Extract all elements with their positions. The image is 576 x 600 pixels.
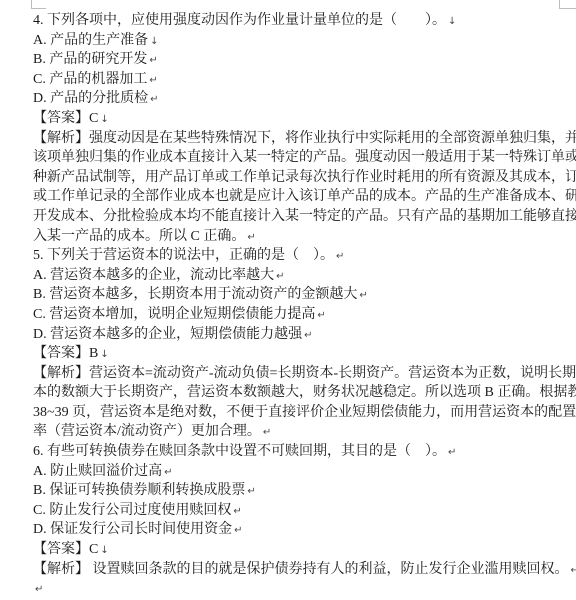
line-text: 该项单独归集的作业成本直接计入某一特定的产品。强度动因一般适用于某一特殊订单或某 (33, 150, 576, 165)
question-4-stem: 4. 下列各项中，应使用强度动因作为作业量计量单位的是（ ）。↓ (33, 11, 576, 31)
line-text: B. 产品的研究开发 (33, 52, 147, 67)
question-5-option-d: D. 营运资本越多的企业，短期偿债能力越强↵ (33, 325, 576, 345)
line-text: 种新产品试制等，用产品订单或工作单记录每次执行作业时耗用的所有资源及其成本，订单 (33, 170, 576, 185)
document-body: 4. 下列各项中，应使用强度动因作为作业量计量单位的是（ ）。↓ A. 产品的生… (33, 11, 576, 599)
paragraph-mark-icon: ↵ (234, 525, 242, 536)
question-6-option-d: D. 保证发行公司长时间使用资金↵ (33, 520, 576, 540)
paragraph-mark-icon: ↵ (35, 584, 43, 595)
line-text: 5. 下列关于营运资本的说法中，正确的是（ ）。 (33, 248, 334, 263)
line-text: D. 产品的分批质检 (33, 91, 148, 106)
paragraph-mark-icon: ↓ (448, 16, 456, 27)
line-text: 本的数额大于长期资产，营运资本数额越大，财务状况越稳定。所以选项 B 正确。根据… (33, 385, 576, 400)
question-5-option-a: A. 营运资本越多的企业，流动比率越大↵ (33, 266, 576, 286)
question-6-option-b: B. 保证可转换债券顺利转换成股票↵ (33, 481, 576, 501)
question-5-option-c: C. 营运资本增加，说明企业短期偿债能力提高↵ (33, 305, 576, 325)
paragraph-mark-icon: ↵ (247, 486, 255, 497)
question-4-answer: 【答案】C↓ (33, 109, 576, 129)
line-text: C. 营运资本增加，说明企业短期偿债能力提高 (33, 307, 315, 322)
line-text: D. 保证发行公司长时间使用资金 (33, 522, 232, 537)
line-text: 【答案】B (33, 346, 98, 361)
line-text: C. 产品的机器加工 (33, 72, 147, 87)
question-5-option-b: B. 营运资本越多，长期资本用于流动资产的金额越大↵ (33, 285, 576, 305)
line-text: A. 营运资本越多的企业，流动比率越大 (33, 268, 274, 283)
line-text: D. 营运资本越多的企业，短期偿债能力越强 (33, 327, 302, 342)
paragraph-mark-icon: ↵ (317, 310, 325, 321)
paragraph-mark-icon: ↵ (150, 94, 158, 105)
line-text: 【解析】 设置赎回条款的目的就是保护债券持有人的利益，防止发行企业滥用赎回权。 (33, 562, 569, 577)
paragraph-mark-icon: ↵ (263, 427, 271, 438)
line-text: 率（营运资本/流动资产）更加合理。 (33, 424, 261, 439)
line-text: 【答案】C (33, 111, 98, 126)
line-text: 【答案】C (33, 542, 98, 557)
paragraph-mark-icon: ↓ (100, 114, 108, 125)
paragraph-mark-icon: ↓ (100, 545, 108, 556)
paragraph-mark-icon: ↵ (304, 330, 312, 341)
question-4-option-a: A. 产品的生产准备↓ (33, 31, 576, 51)
text-boundary-corner-mark-top-right (559, 0, 576, 9)
question-4-option-b: B. 产品的研究开发↵ (33, 50, 576, 70)
line-text: 入某一产品的成本。所以 C 正确。 (33, 229, 245, 244)
question-4-analysis-line-3: 种新产品试制等，用产品订单或工作单记录每次执行作业时耗用的所有资源及其成本，订单 (33, 168, 576, 188)
line-text: B. 营运资本越多，长期资本用于流动资产的金额越大 (33, 287, 357, 302)
question-4-analysis-line-4: 或工作单记录的全部作业成本也就是应计入该订单产品的成本。产品的生产准备成本、研究 (33, 187, 576, 207)
paragraph-mark-icon: ↵ (233, 506, 241, 517)
paragraph-mark-icon: ↵ (164, 467, 172, 478)
question-6-option-a: A. 防止赎回溢价过高↵ (33, 462, 576, 482)
line-text: 6. 有些可转换债券在赎回条款中设置不可赎回期，其目的是（ ）。 (33, 444, 446, 459)
line-text: 38~39 页，营运资本是绝对数，不便于直接评价企业短期偿债能力，而用营运资本的… (33, 405, 576, 420)
line-text: 【解析】强度动因是在某些特殊情况下，将作业执行中实际耗用的全部资源单独归集，并将 (33, 131, 576, 146)
paragraph-mark-icon: ↵ (336, 251, 344, 262)
question-4-option-c: C. 产品的机器加工↵ (33, 70, 576, 90)
paragraph-mark-icon: ↓ (100, 349, 108, 360)
line-text: 或工作单记录的全部作业成本也就是应计入该订单产品的成本。产品的生产准备成本、研究 (33, 189, 576, 204)
paragraph-mark-icon: ↵ (276, 271, 284, 282)
question-4-analysis-line-1: 【解析】强度动因是在某些特殊情况下，将作业执行中实际耗用的全部资源单独归集，并将 (33, 129, 576, 149)
question-4-analysis-line-5: 开发成本、分批检验成本均不能直接计入某一特定的产品。只有产品的基期加工能够直接归 (33, 207, 576, 227)
question-5-analysis-line-2: 本的数额大于长期资产，营运资本数额越大，财务状况越稳定。所以选项 B 正确。根据… (33, 383, 576, 403)
paragraph-mark-icon: ↵ (149, 55, 157, 66)
line-text: 4. 下列各项中，应使用强度动因作为作业量计量单位的是（ ）。 (33, 13, 446, 28)
question-5-stem: 5. 下列关于营运资本的说法中，正确的是（ ）。↵ (33, 246, 576, 266)
line-text: B. 保证可转换债券顺利转换成股票 (33, 483, 245, 498)
question-4-option-d: D. 产品的分批质检↵ (33, 89, 576, 109)
paragraph-mark-icon: ↵ (247, 232, 255, 243)
line-text: 开发成本、分批检验成本均不能直接计入某一特定的产品。只有产品的基期加工能够直接归 (33, 209, 576, 224)
line-text: A. 产品的生产准备 (33, 33, 148, 48)
question-6-stem: 6. 有些可转换债券在赎回条款中设置不可赎回期，其目的是（ ）。↵ (33, 442, 576, 462)
paragraph-mark-icon: ↵ (149, 75, 157, 86)
paragraph-mark-icon: ↵ (571, 565, 576, 576)
text-boundary-corner-mark-top-left (31, 0, 46, 9)
question-6-answer: 【答案】C↓ (33, 540, 576, 560)
empty-paragraph: ↵ (33, 579, 576, 599)
document-page: 4. 下列各项中，应使用强度动因作为作业量计量单位的是（ ）。↓ A. 产品的生… (0, 0, 576, 600)
question-5-analysis-line-3: 38~39 页，营运资本是绝对数，不便于直接评价企业短期偿债能力，而用营运资本的… (33, 403, 576, 423)
question-6-option-c: C. 防止发行公司过度使用赎回权↵ (33, 501, 576, 521)
line-text: 【解析】营运资本=流动资产-流动负债=长期资本-长期资产。营运资本为正数，说明长… (33, 366, 576, 381)
paragraph-mark-icon: ↵ (359, 290, 367, 301)
question-6-analysis-line-1: 【解析】 设置赎回条款的目的就是保护债券持有人的利益，防止发行企业滥用赎回权。↵ (33, 560, 576, 580)
question-5-analysis-line-1: 【解析】营运资本=流动资产-流动负债=长期资本-长期资产。营运资本为正数，说明长… (33, 364, 576, 384)
paragraph-mark-icon: ↓ (150, 36, 158, 47)
line-text: C. 防止发行公司过度使用赎回权 (33, 503, 231, 518)
question-5-answer: 【答案】B↓ (33, 344, 576, 364)
paragraph-mark-icon: ↵ (448, 447, 456, 458)
question-5-analysis-line-4: 率（营运资本/流动资产）更加合理。↵ (33, 422, 576, 442)
question-4-analysis-line-6: 入某一产品的成本。所以 C 正确。↵ (33, 227, 576, 247)
line-text: A. 防止赎回溢价过高 (33, 464, 162, 479)
question-4-analysis-line-2: 该项单独归集的作业成本直接计入某一特定的产品。强度动因一般适用于某一特殊订单或某 (33, 148, 576, 168)
